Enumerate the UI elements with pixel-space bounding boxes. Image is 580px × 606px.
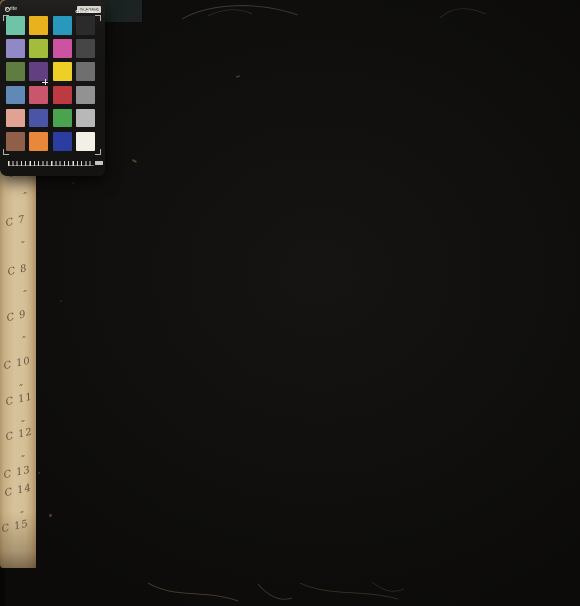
ink-speck — [49, 514, 52, 517]
ruler-scale — [8, 161, 94, 166]
ditto-mark: „ — [20, 505, 24, 514]
color-patch-green — [53, 109, 72, 128]
ledger-entry-label: C 13 — [3, 463, 39, 481]
ledger-entry-label: C 11 — [5, 390, 41, 408]
ledger-entry: C 10„ — [5, 361, 39, 372]
color-patch-yellow-green — [29, 39, 48, 58]
color-patch-foliage — [6, 62, 25, 81]
ledger-entry: C 13 — [5, 470, 39, 481]
color-patch-dark-skin — [6, 132, 25, 151]
ledger-entry: C 15 — [3, 524, 37, 535]
color-patch-light-skin — [6, 109, 25, 128]
ruler-fine-print — [95, 161, 103, 165]
dust-speck — [60, 300, 62, 302]
corner-bracket-icon — [95, 149, 101, 155]
color-patch-white — [76, 132, 95, 151]
color-patch-black — [76, 16, 95, 35]
color-patch-neutral-65 — [76, 86, 95, 105]
color-patch-magenta — [53, 39, 72, 58]
ledger-entry: C 9„ — [8, 313, 42, 324]
color-patch-blue-flower — [6, 39, 25, 58]
ledger-entry: C 7„ — [7, 218, 41, 229]
colorchecker-card: x-rite colorchecker CLASSIC — [0, 0, 105, 176]
color-patch-yellow — [53, 62, 72, 81]
ledger-entry: C 14„ — [6, 488, 40, 499]
card-header: x-rite colorchecker CLASSIC — [5, 3, 101, 15]
ink-speck — [236, 75, 240, 78]
color-patch-cyan — [53, 16, 72, 35]
color-patch-blue-sky — [6, 86, 25, 105]
ditto-mark: „ — [21, 414, 25, 423]
ditto-mark: „ — [21, 235, 25, 244]
ledger-entry-label: C 7 — [5, 211, 41, 229]
xrite-brand-text: x-rite — [5, 6, 17, 12]
ditto-mark: „ — [22, 330, 26, 339]
dust-speck — [72, 182, 74, 184]
color-patch-neutral-5 — [76, 62, 95, 81]
ditto-mark: „ — [21, 449, 25, 458]
ledger-entry-label: C 15 — [1, 517, 37, 535]
color-patch-bluish-green — [6, 16, 25, 35]
color-patch-red — [53, 86, 72, 105]
color-patch-neutral-8 — [76, 109, 95, 128]
color-patch-orange — [29, 132, 48, 151]
ditto-mark: „ — [23, 284, 27, 293]
ledger-entry: C 12„ — [7, 432, 41, 443]
color-patch-blue — [53, 132, 72, 151]
color-patch-grid — [6, 16, 95, 151]
ledger-entry-label: C 12 — [5, 425, 41, 443]
ink-speck — [132, 159, 137, 163]
ledger-entry: C 11„ — [7, 397, 41, 408]
ledger-entry-label: C 14 — [4, 481, 40, 499]
color-patch-neutral-35 — [76, 39, 95, 58]
ledger-entry-label: C 10 — [3, 354, 39, 372]
ledger-entry-label: C 8 — [7, 260, 43, 278]
color-patch-moderate-red — [29, 86, 48, 105]
ledger-entry-label: C 9 — [6, 306, 42, 324]
ditto-mark: „ — [19, 378, 23, 387]
ledger-entry: C 8„ — [9, 267, 43, 278]
center-cross-marker-icon — [42, 79, 48, 85]
ditto-mark: „ — [23, 186, 27, 195]
photograph-of-manuscript-book: C 2h. 2. 36 CC 3h. 2 /wC 4„C 5„C 6„C 7„C… — [0, 0, 580, 606]
color-patch-purplish-blue — [29, 109, 48, 128]
corner-bracket-icon — [95, 15, 101, 21]
color-patch-orange-yellow — [29, 16, 48, 35]
